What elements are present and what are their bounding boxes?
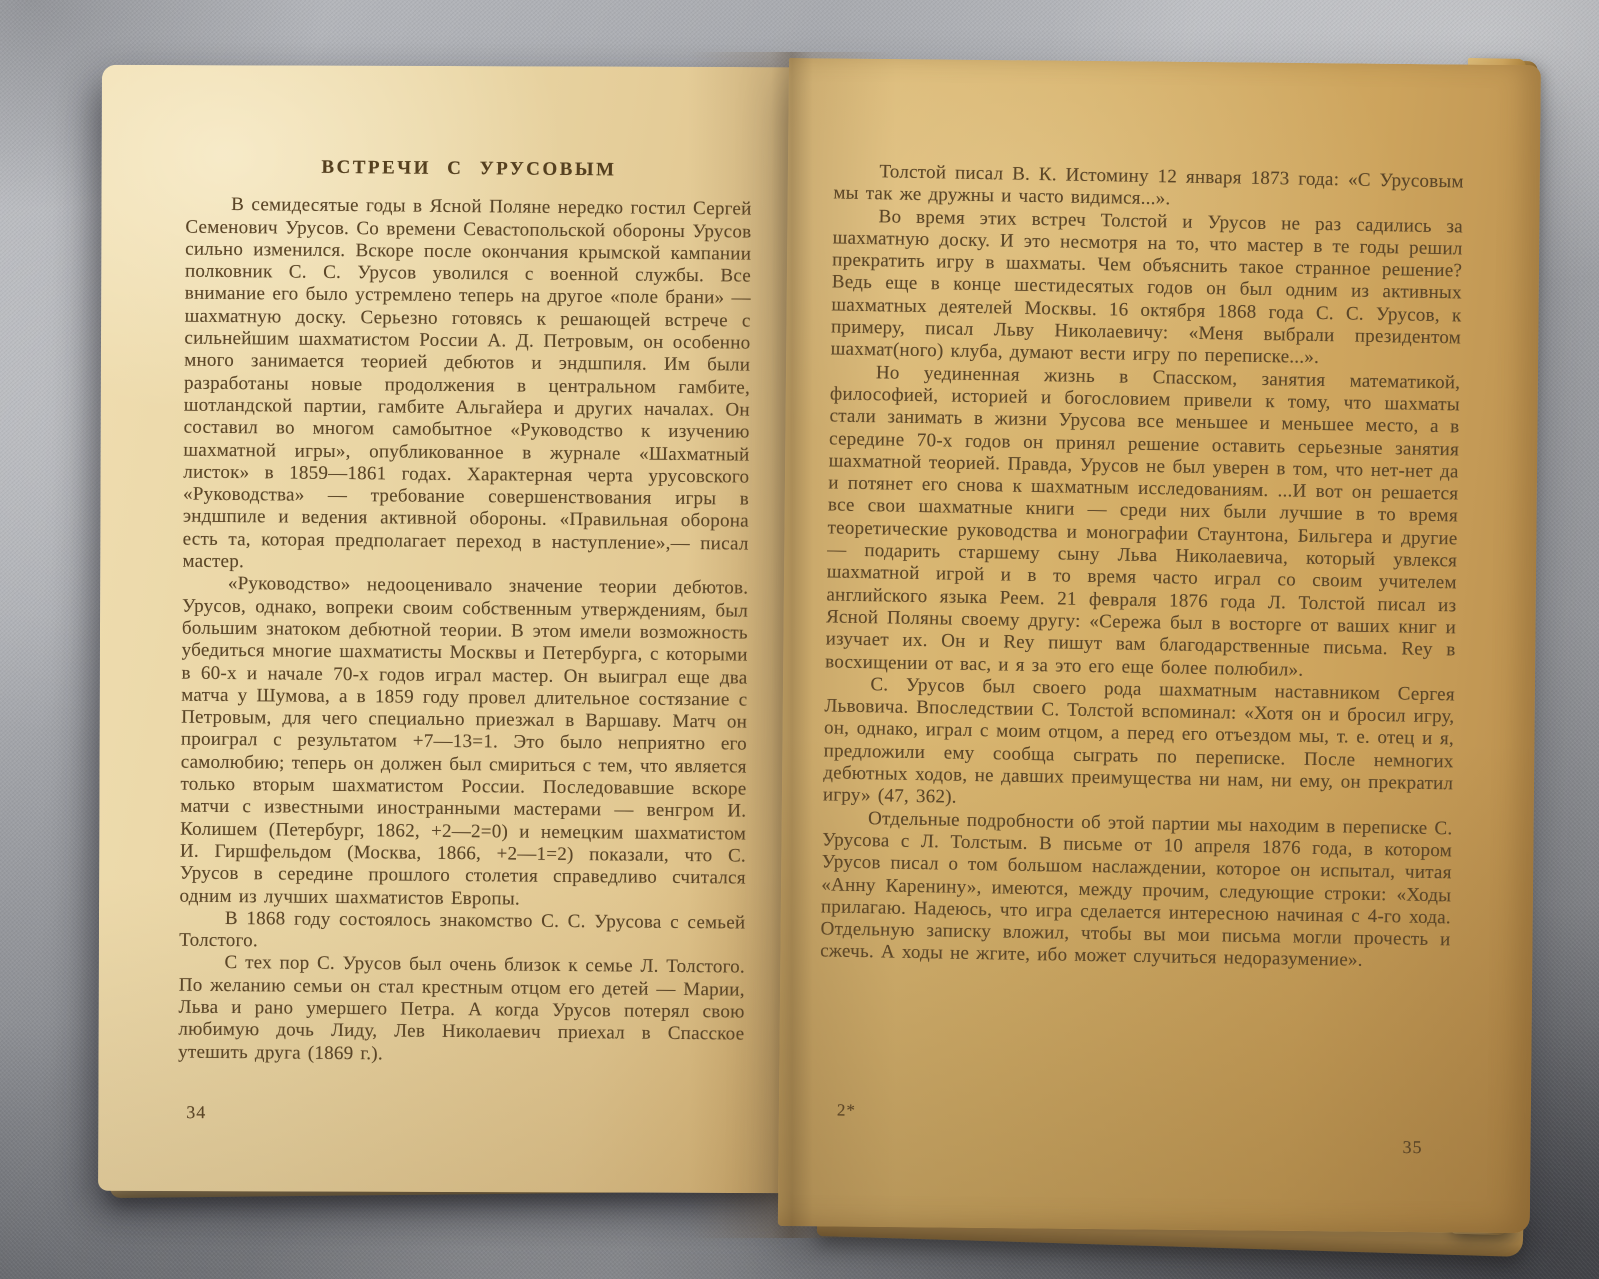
paragraph: «Руководство» недооценивало значение тео… bbox=[179, 573, 748, 912]
open-book: ВСТРЕЧИ С УРУСОВЫМ В семидесятые годы в … bbox=[0, 0, 1599, 1279]
paragraph: Во время этих встреч Толстой и Урусов не… bbox=[831, 205, 1464, 372]
paragraph: Отдельные подробности об этой партии мы … bbox=[820, 807, 1453, 974]
paragraph: В 1868 году состоялось знакомство С. С. … bbox=[179, 907, 745, 957]
paragraph: С. Урусов был своего рода шахматным наст… bbox=[823, 673, 1455, 818]
right-page: Толстой писал В. К. Истомину 12 января 1… bbox=[778, 58, 1541, 1233]
paragraph: В семидесятые годы в Ясной Поляне нередк… bbox=[182, 194, 751, 578]
page-number-right: 35 bbox=[1402, 1137, 1422, 1158]
printer-signature-mark: 2* bbox=[837, 1101, 856, 1121]
page-number-left: 34 bbox=[186, 1102, 206, 1123]
right-page-text: Толстой писал В. К. Истомину 12 января 1… bbox=[820, 160, 1464, 974]
photo-of-open-book-on-fabric: { "colors": { "fabric_light": "#b2b4b9",… bbox=[0, 0, 1599, 1279]
left-page: ВСТРЕЧИ С УРУСОВЫМ В семидесятые годы в … bbox=[98, 65, 794, 1193]
left-page-text: ВСТРЕЧИ С УРУСОВЫМ В семидесятые годы в … bbox=[178, 156, 752, 1069]
chapter-title: ВСТРЕЧИ С УРУСОВЫМ bbox=[186, 156, 752, 183]
paragraph: С тех пор С. Урусов был очень близок к с… bbox=[178, 952, 745, 1068]
paragraph: Но уединенная жизнь в Спасском, занятия … bbox=[825, 361, 1460, 684]
right-page-paragraphs: Толстой писал В. К. Истомину 12 января 1… bbox=[820, 160, 1464, 974]
left-page-paragraphs: В семидесятые годы в Ясной Поляне нередк… bbox=[178, 194, 752, 1068]
